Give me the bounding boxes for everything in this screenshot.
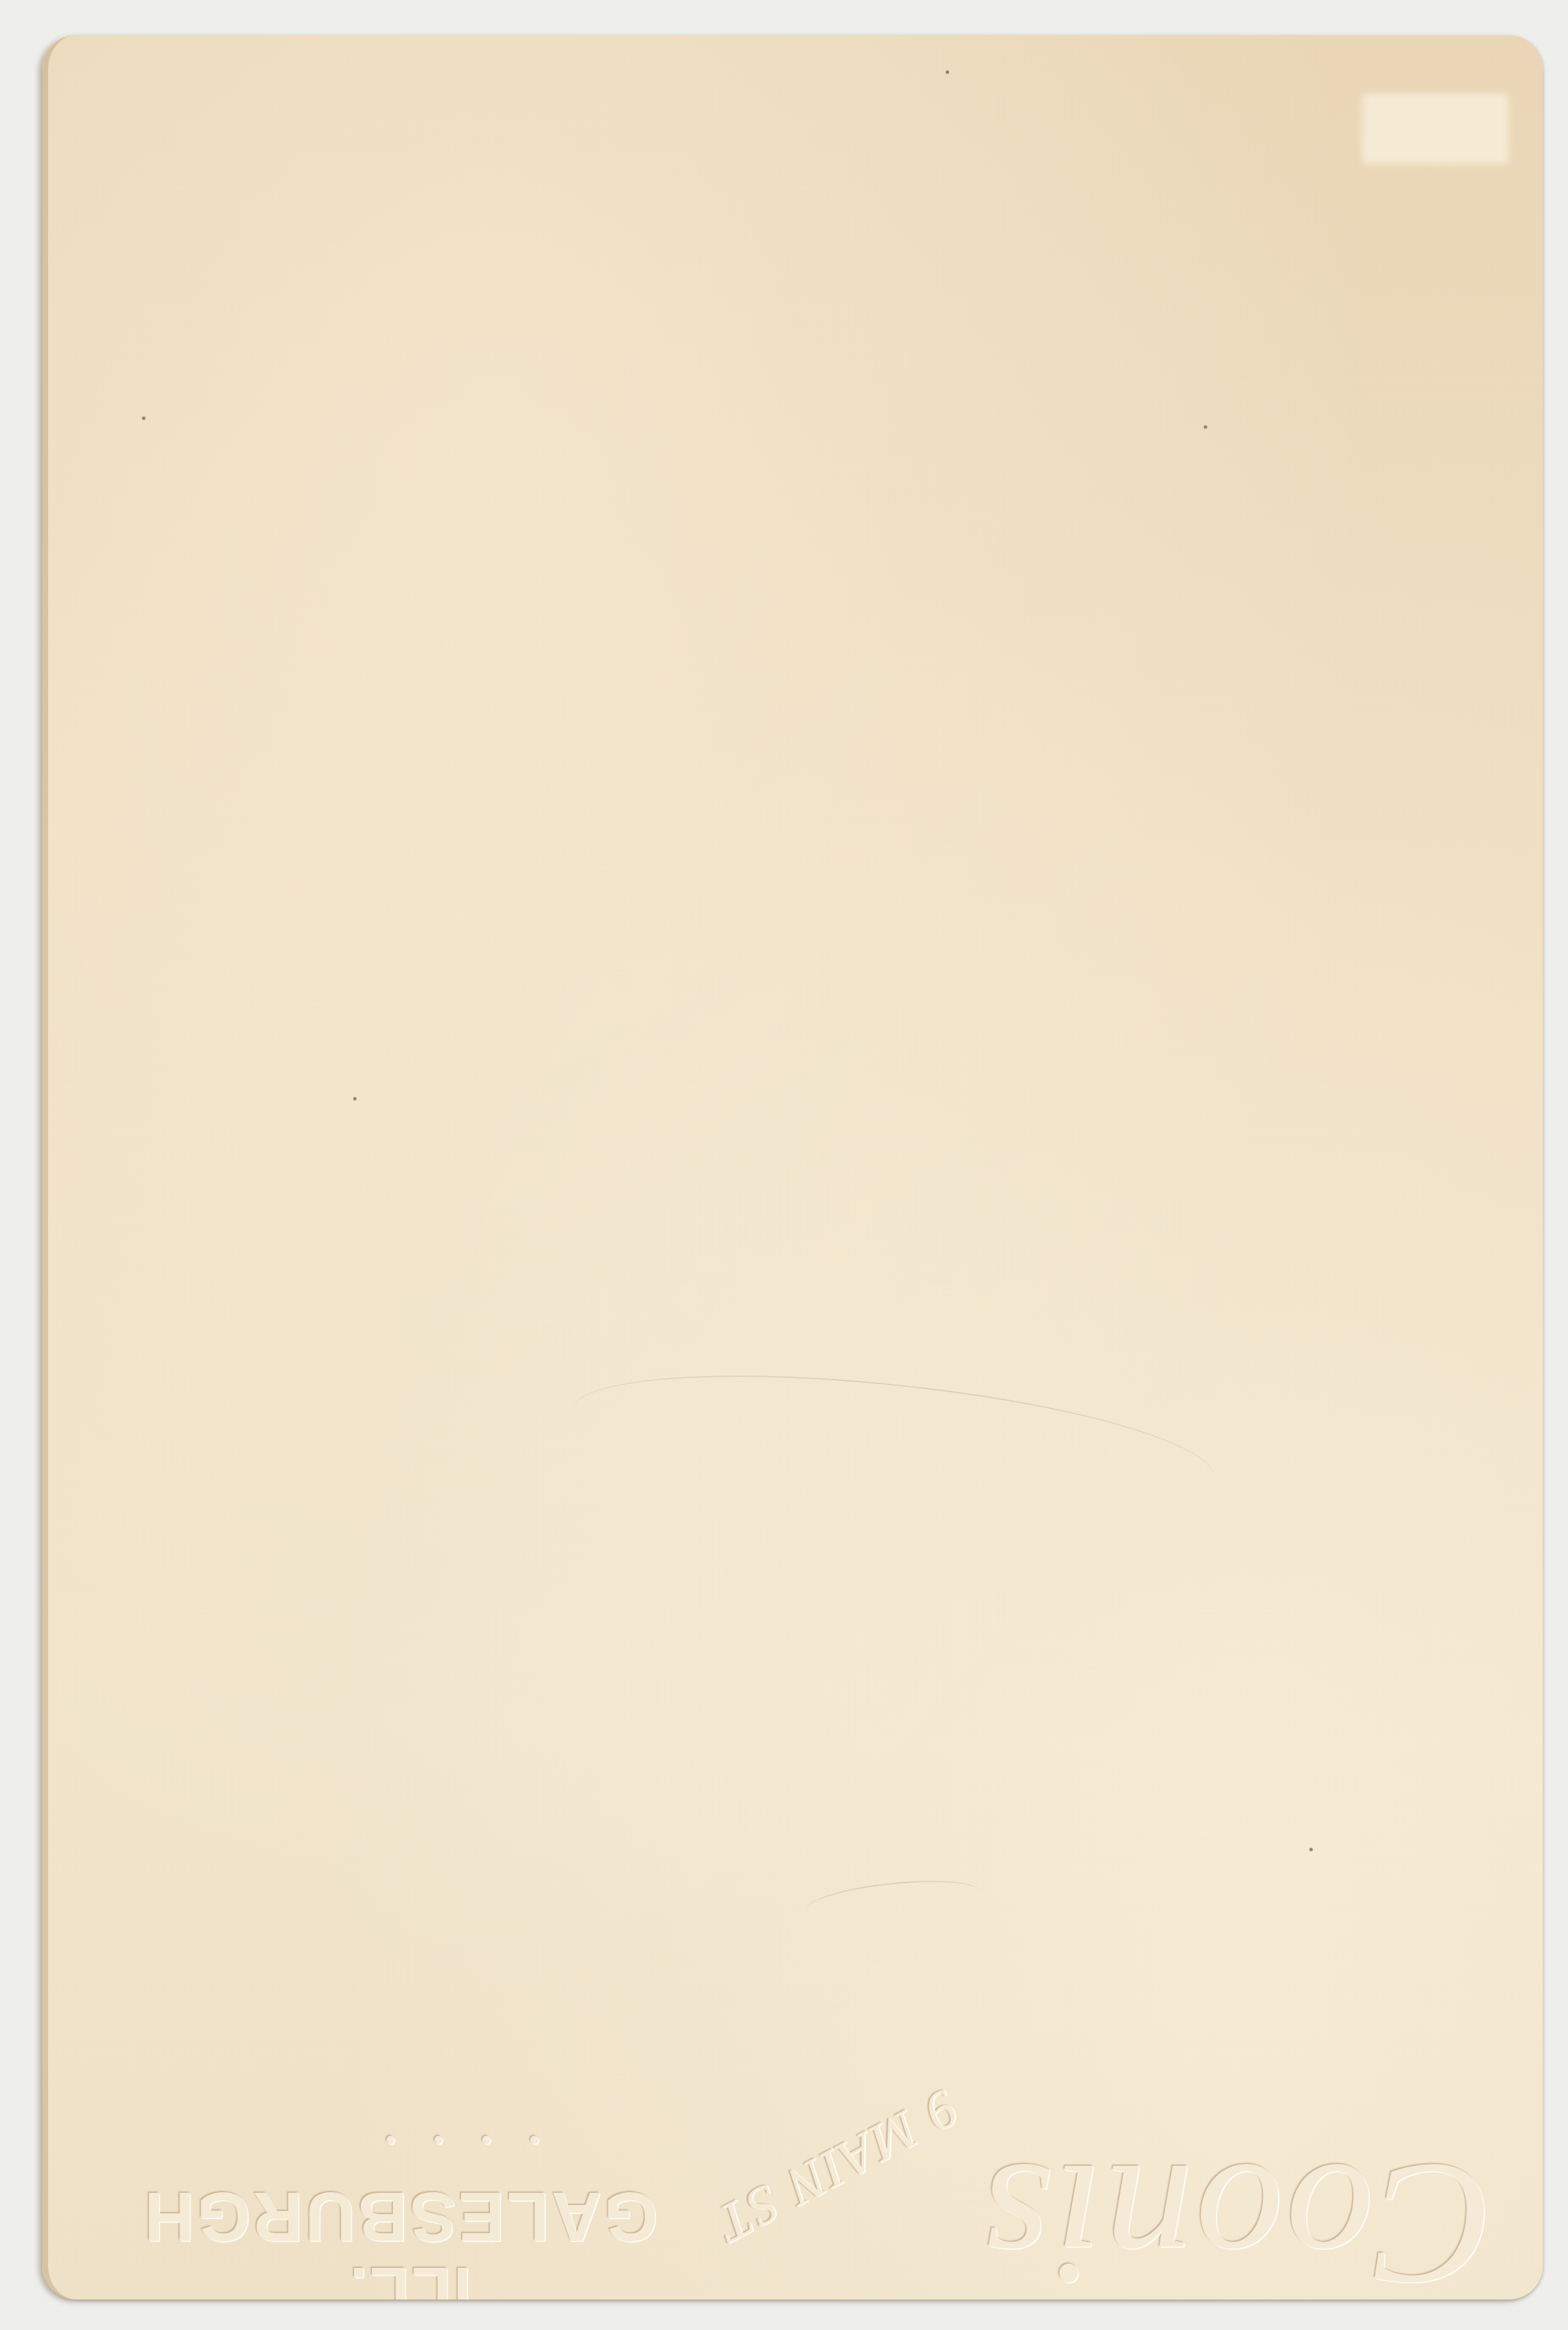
paper-speck xyxy=(1309,1848,1313,1851)
paper-speck xyxy=(946,70,949,74)
paper-speck xyxy=(142,416,145,420)
paper-scuff-mark xyxy=(1362,94,1509,164)
embossed-state-text: ILL. xyxy=(347,2253,472,2299)
paper-speck xyxy=(1204,425,1207,429)
paper-crease xyxy=(804,1874,983,1928)
cabinet-card-back: • • • • GALESBURGH ILL. 9 MAIN ST Coonis xyxy=(42,35,1543,2299)
paper-speck xyxy=(353,1097,357,1100)
embossed-studio-signature: Coonis xyxy=(981,2124,1494,2299)
embossed-ornament: • • • • xyxy=(371,2121,540,2158)
embossed-street-address: 9 MAIN ST xyxy=(706,2077,968,2256)
paper-crease xyxy=(565,1351,1220,1536)
embossed-city-text: GALESBURGH xyxy=(142,2176,658,2256)
